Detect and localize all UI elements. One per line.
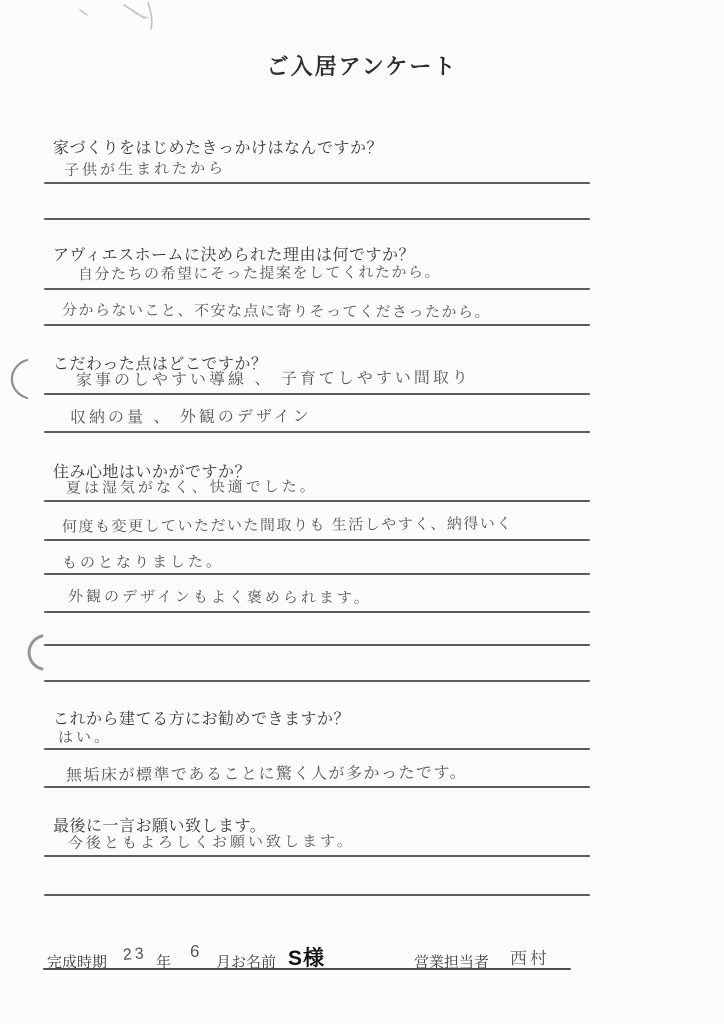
completion-year-value: 23 (122, 945, 147, 965)
questionnaire-page: ご入居アンケート 家づくりをはじめたきっかけはなんですか？ 子供が生まれたから … (0, 0, 724, 1024)
question-3-answer-1: 家事のしやすい導線 、 子育てしやすい間取り (76, 365, 471, 391)
answer-line (44, 644, 590, 646)
answer-line (44, 182, 590, 184)
answer-line (44, 431, 590, 433)
answer-line (44, 748, 590, 750)
answer-line (44, 500, 590, 502)
question-2-answer-2: 分からないこと、不安な点に寄りそってくださったから。 (62, 299, 491, 322)
answer-line (44, 573, 590, 575)
question-1-label: 家づくりをはじめたきっかけはなんですか？ (53, 135, 383, 158)
crescent-scan-artifact (24, 634, 48, 672)
sales-rep-name: 西村 (510, 944, 550, 969)
footer-line (43, 968, 571, 970)
answer-line (44, 218, 590, 220)
question-5-answer-1: はい。 (58, 726, 112, 747)
paren-scan-artifact (10, 358, 32, 400)
completion-month-value: 6 (189, 942, 202, 963)
answer-line (44, 786, 590, 788)
question-4-answer-4: 外観のデザインもよく褒められます。 (68, 585, 372, 608)
question-6-answer-1: 今後ともよろしくお願い致します。 (68, 830, 355, 853)
answer-line (44, 680, 590, 682)
answer-line (44, 611, 590, 613)
page-title: ご入居アンケート (0, 50, 724, 81)
answer-line (44, 288, 590, 290)
question-1-answer-1: 子供が生まれたから (64, 157, 226, 180)
pencil-scan-artifact (76, 0, 216, 34)
question-2-answer-1: 自分たちの希望にそった提案をしてくれたから。 (78, 261, 441, 285)
question-3-answer-2: 収納の量 、 外観のデザイン (70, 403, 312, 427)
question-4-answer-2: 何度も変更していただいた間取りも 生活しやすく、納得いく (62, 512, 513, 536)
answer-line (44, 855, 590, 857)
question-4-answer-3: ものとなりました。 (62, 550, 224, 572)
answer-line (44, 894, 590, 896)
question-5-answer-2: 無垢床が標準であることに驚く人が多かったです。 (66, 760, 467, 786)
question-4-answer-1: 夏は湿気がなく、快適でした。 (66, 475, 318, 498)
answer-line (44, 539, 590, 541)
answer-line (44, 393, 590, 395)
answer-line (44, 324, 590, 326)
